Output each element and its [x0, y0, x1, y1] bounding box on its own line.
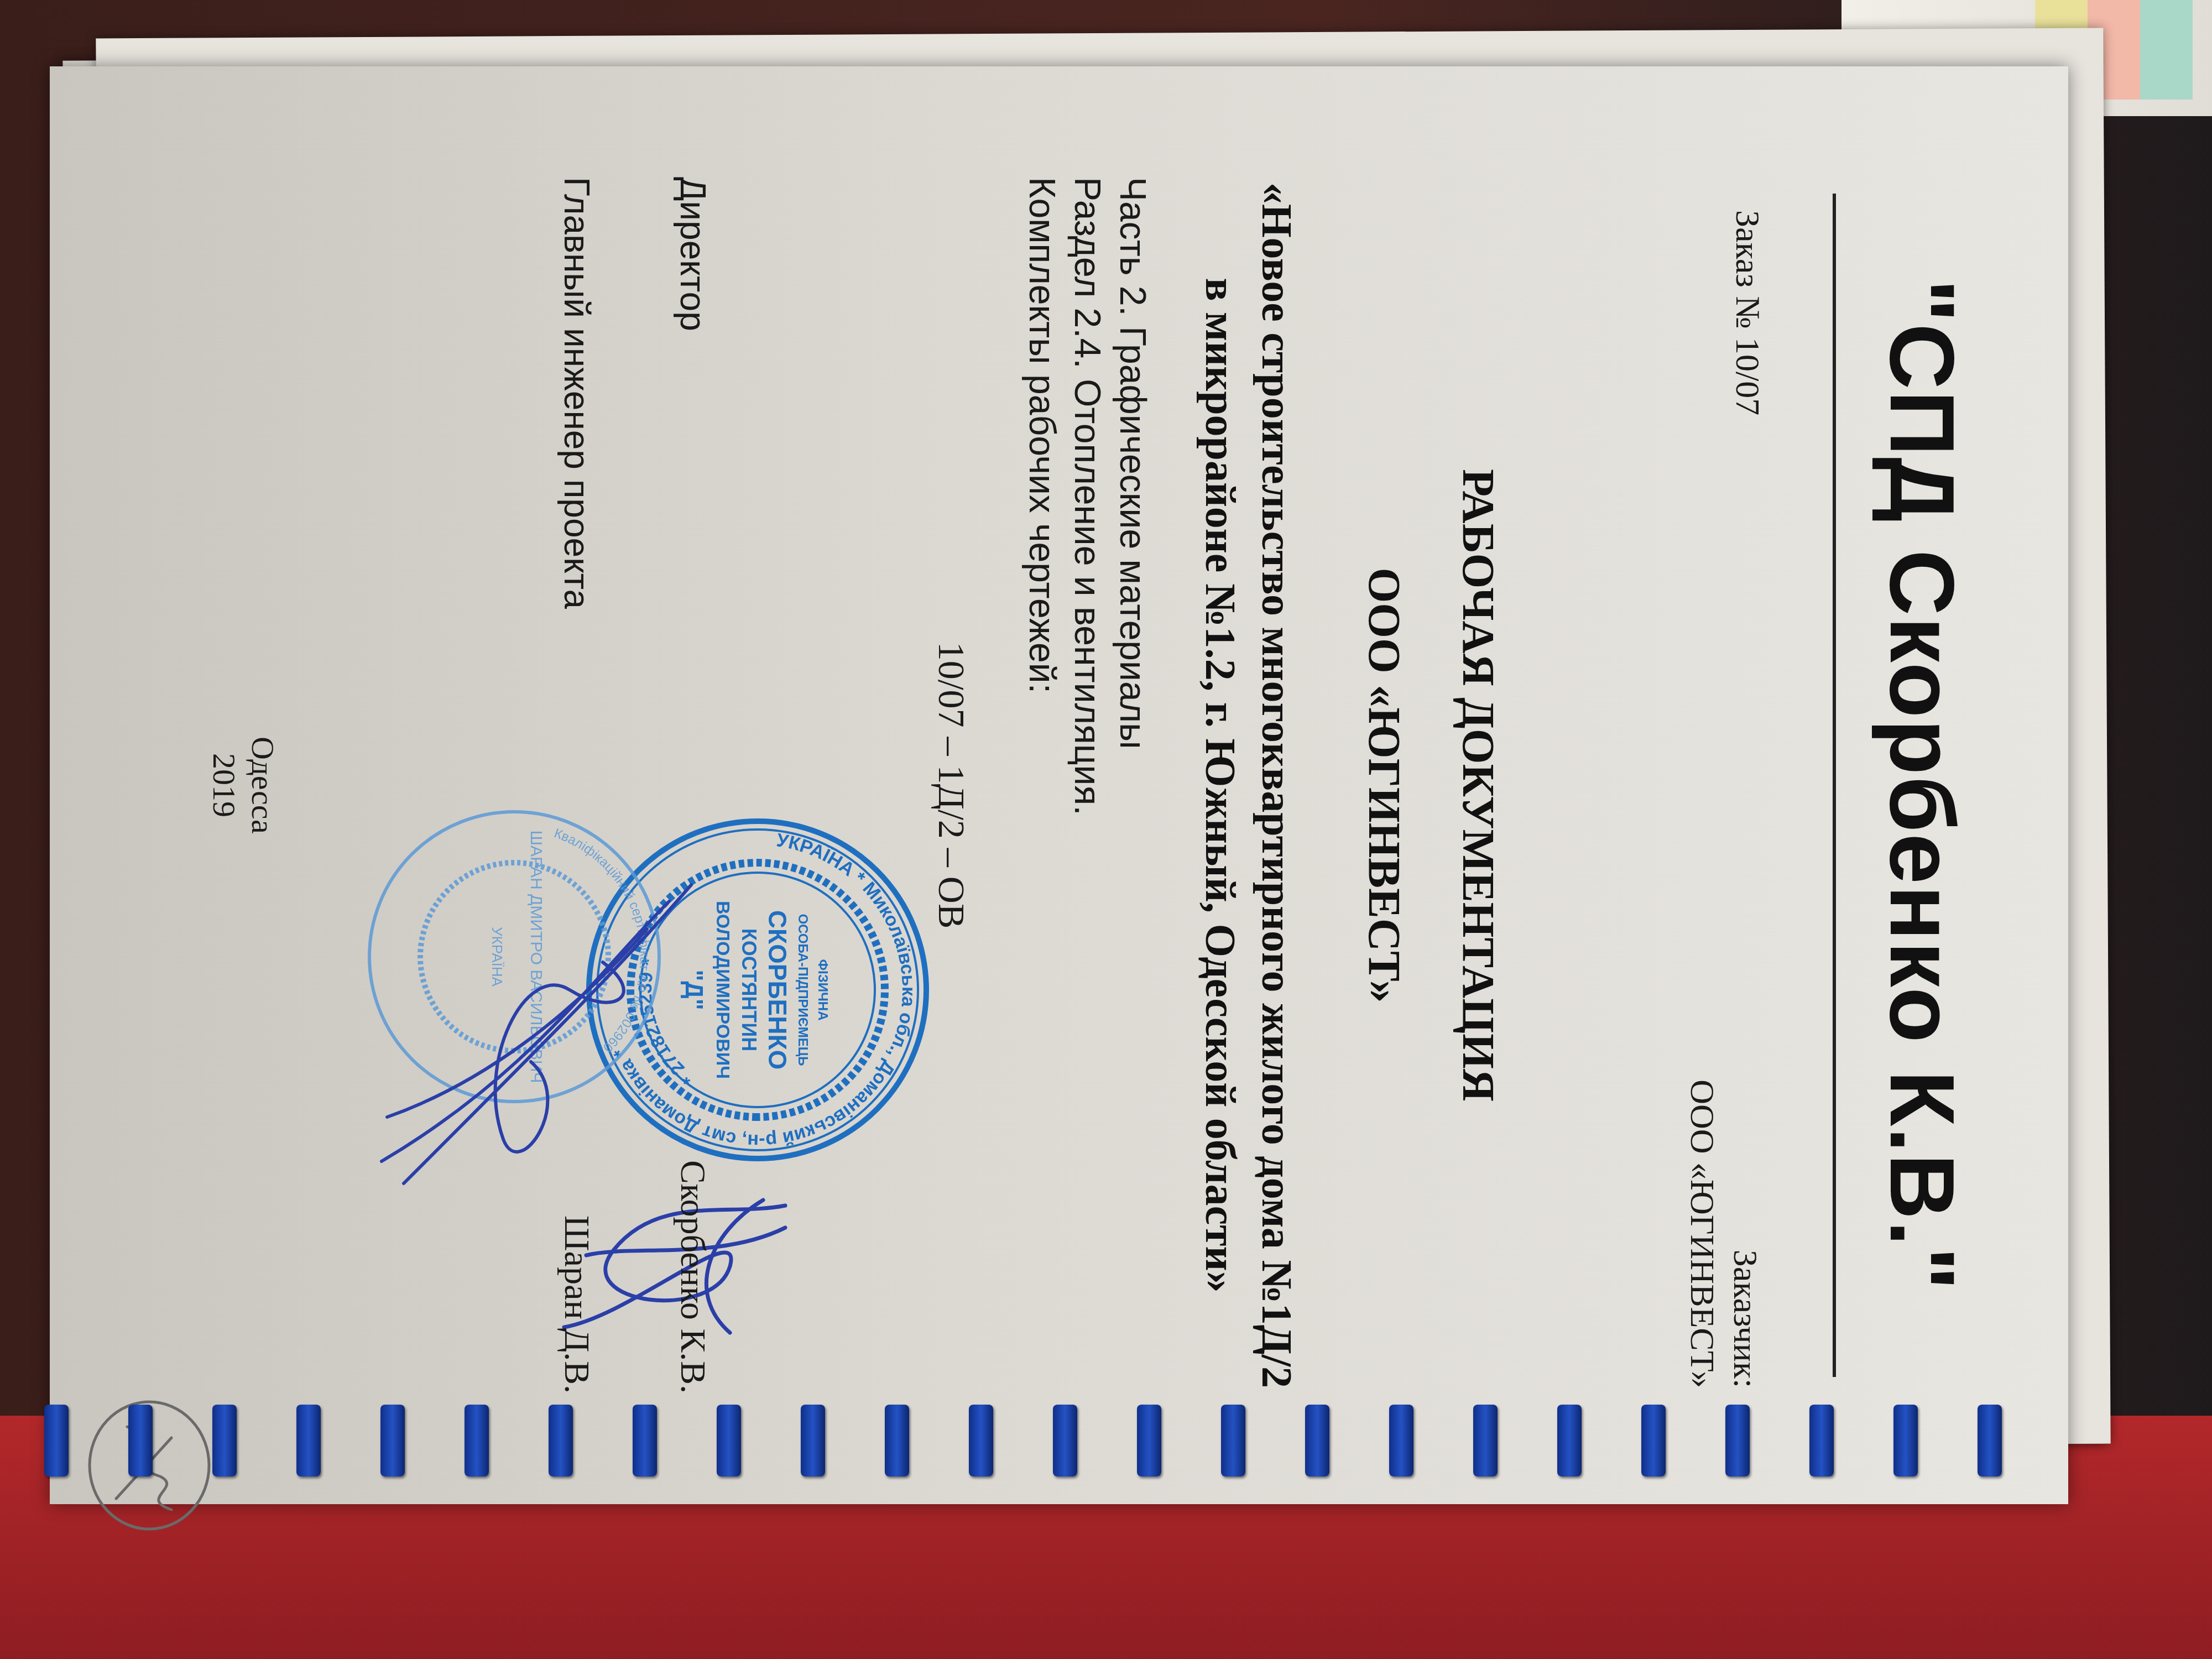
signatory-name: Скорбенко К.В.	[672, 1160, 713, 1394]
signatory-name: Шаран Д.В.	[556, 1215, 597, 1394]
contents-block: Часть 2. Графические материалы Раздел 2.…	[1020, 177, 1156, 816]
project-title: «Новое строительство многоквартирного жи…	[1192, 133, 1305, 1438]
project-title-line: в микрорайоне №1.2, г. Южный, Одесской о…	[1192, 133, 1249, 1438]
contents-line: Часть 2. Графические материалы	[1110, 177, 1156, 816]
binding-coil	[1389, 1405, 1413, 1477]
signatory-role: Главный инженер проекта	[556, 177, 597, 609]
binding-coil	[128, 1405, 153, 1477]
drawing-code: 10/07 – 1Д/2 – ОВ	[930, 66, 973, 1504]
stamp-line: ФІЗИЧНА	[815, 959, 830, 1021]
stamp-line: ВОЛОДИМИРОВИЧ	[712, 901, 733, 1079]
place-and-year: Одесса 2019	[205, 66, 282, 1504]
contents-line: Раздел 2.4. Отопление и вентиляция.	[1065, 177, 1110, 816]
signatory-role: Директор	[672, 177, 713, 331]
binding-coil	[717, 1405, 741, 1477]
binding-coil	[1978, 1405, 2002, 1477]
title-page: "СПД Скорбенко К.В." Заказ № 10/07 Заказ…	[50, 66, 2068, 1504]
binding-coil	[44, 1405, 69, 1477]
stamp-line: КОСТЯНТИН	[738, 928, 760, 1051]
chief-engineer-signature	[371, 852, 713, 1206]
page-wrapper: "СПД Скорбенко К.В." Заказ № 10/07 Заказ…	[50, 66, 2068, 1504]
spiral-binding	[33, 1405, 2052, 1482]
stamp-line: СКОРБЕНКО	[763, 910, 792, 1070]
binding-coil	[1305, 1405, 1329, 1477]
color-tab	[2140, 0, 2193, 100]
binding-coil	[465, 1405, 489, 1477]
binding-coil	[1473, 1405, 1498, 1477]
binding-coil	[801, 1405, 825, 1477]
binding-coil	[1137, 1405, 1161, 1477]
project-title-line: «Новое строительство многоквартирного жи…	[1249, 133, 1305, 1438]
binding-coil	[549, 1405, 573, 1477]
binding-coil	[1725, 1405, 1750, 1477]
binding-coil	[380, 1405, 405, 1477]
header-rule	[1833, 194, 1836, 1377]
stamp-line: ОСОБА-ПІДПРИЄМЕЦЬ	[795, 914, 810, 1066]
customer-name: ООО «ЮГИНВЕСТ»	[1681, 1079, 1724, 1388]
binding-coil	[1893, 1405, 1918, 1477]
binding-coil	[1557, 1405, 1582, 1477]
year: 2019	[205, 66, 243, 1504]
binding-coil	[885, 1405, 909, 1477]
city: Одесса	[243, 66, 282, 1504]
customer-block: Заказчик: ООО «ЮГИНВЕСТ»	[1681, 1079, 1767, 1388]
document-type: РАБОЧАЯ ДОКУМЕНТАЦИЯ	[1452, 66, 1504, 1504]
binding-coil	[296, 1405, 321, 1477]
binding-coil	[1641, 1405, 1666, 1477]
firm-name: "СПД Скорбенко К.В."	[1870, 66, 1974, 1504]
binding-coil	[1053, 1405, 1077, 1477]
customer-label: Заказчик:	[1724, 1079, 1767, 1388]
binding-coil	[1221, 1405, 1245, 1477]
binding-coil	[1809, 1405, 1834, 1477]
document-organization: ООО «ЮГИНВЕСТ»	[1358, 66, 1410, 1504]
order-number: Заказ № 10/07	[1728, 210, 1767, 415]
binding-coil	[969, 1405, 993, 1477]
binding-coil	[633, 1405, 657, 1477]
contents-line: Комплекты рабочих чертежей:	[1020, 177, 1065, 816]
binding-coil	[212, 1405, 237, 1477]
